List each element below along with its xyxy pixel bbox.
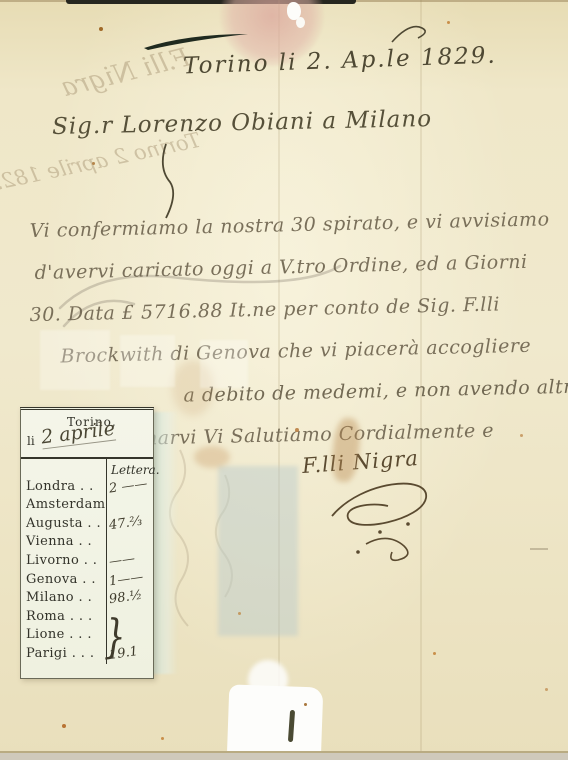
slip-row: Milano . . 98.½ bbox=[21, 589, 153, 608]
slip-edge-tint bbox=[152, 412, 178, 674]
foxing-spot bbox=[295, 428, 299, 432]
slip-row: Augusta . . 47.⅔ bbox=[21, 515, 153, 534]
watermark-block bbox=[200, 340, 248, 388]
slip-city: Livorno . . bbox=[21, 552, 106, 571]
ink-slash bbox=[142, 30, 252, 52]
slip-city: Londra . . bbox=[21, 478, 106, 497]
foxing-spot bbox=[161, 737, 164, 740]
faint-dash bbox=[530, 548, 548, 550]
slip-value: 98.½ bbox=[108, 588, 143, 607]
foxing-spot bbox=[238, 612, 241, 615]
slip-value: 47.⅔ bbox=[108, 514, 143, 533]
foxing-spot bbox=[447, 21, 450, 24]
slip-header: Torino, li 2 aprile bbox=[21, 410, 153, 459]
paper-notch bbox=[296, 17, 305, 28]
torn-area bbox=[227, 684, 324, 760]
letter-scan: F.lli Nigra Torino 2 aprile 1829 Torino … bbox=[0, 0, 568, 760]
stain bbox=[194, 446, 230, 468]
foxing-spot bbox=[99, 27, 103, 31]
slip-value: 1—— bbox=[108, 569, 144, 589]
signature-flourish bbox=[318, 472, 448, 572]
slip-row: Vienna . . bbox=[21, 533, 153, 552]
slip-row: Londra . . 2 —— bbox=[21, 478, 153, 497]
foxing-spot bbox=[304, 703, 307, 706]
slip-value: —— bbox=[108, 551, 136, 569]
slip-column-header-row: Lettera. bbox=[21, 459, 153, 478]
slip-rows: Londra . . 2 —— Amsterdam Augusta . . bbox=[21, 478, 153, 664]
repair-patch bbox=[218, 466, 298, 636]
addressee-line: Sig.r Lorenzo Obiani a Milano bbox=[52, 106, 433, 140]
watermark-block bbox=[40, 330, 110, 390]
slip-handwritten-date: 2 aprile bbox=[40, 418, 116, 450]
slip-city: Vienna . . bbox=[21, 533, 106, 552]
slip-row: Parigi . . . 19.1 bbox=[21, 645, 153, 664]
slip-row: Genova . . 1—— bbox=[21, 571, 153, 590]
foxing-spot bbox=[92, 162, 95, 165]
foxing-spot bbox=[520, 434, 523, 437]
slip-city: Parigi . . . bbox=[21, 645, 106, 664]
slip-city: Milano . . bbox=[21, 589, 106, 608]
date-flourish bbox=[388, 18, 432, 48]
exchange-rate-slip: Torino, li 2 aprile Lettera. Londra . . … bbox=[20, 407, 154, 679]
foxing-spot bbox=[433, 652, 436, 655]
slip-city: Lione . . . bbox=[21, 626, 106, 645]
slip-column-header: Lettera. bbox=[106, 459, 153, 478]
slip-row: Lione . . . bbox=[21, 626, 153, 645]
slip-city: Augusta . . bbox=[21, 515, 106, 534]
foxing-spot bbox=[545, 688, 548, 691]
slip-value: 2 —— bbox=[108, 476, 148, 496]
slip-row: Roma . . . bbox=[21, 608, 153, 627]
slip-li-label: li bbox=[27, 434, 35, 448]
scan-bottom-strip bbox=[0, 753, 568, 760]
slip-row: Livorno . . —— bbox=[21, 552, 153, 571]
slip-city: Roma . . . bbox=[21, 608, 106, 627]
slip-brace: } bbox=[104, 610, 126, 664]
slip-row: Amsterdam bbox=[21, 496, 153, 515]
slip-city: Genova . . bbox=[21, 571, 106, 590]
slip-city: Amsterdam bbox=[21, 496, 106, 515]
watermark-block bbox=[120, 335, 175, 387]
foxing-spot bbox=[62, 724, 66, 728]
